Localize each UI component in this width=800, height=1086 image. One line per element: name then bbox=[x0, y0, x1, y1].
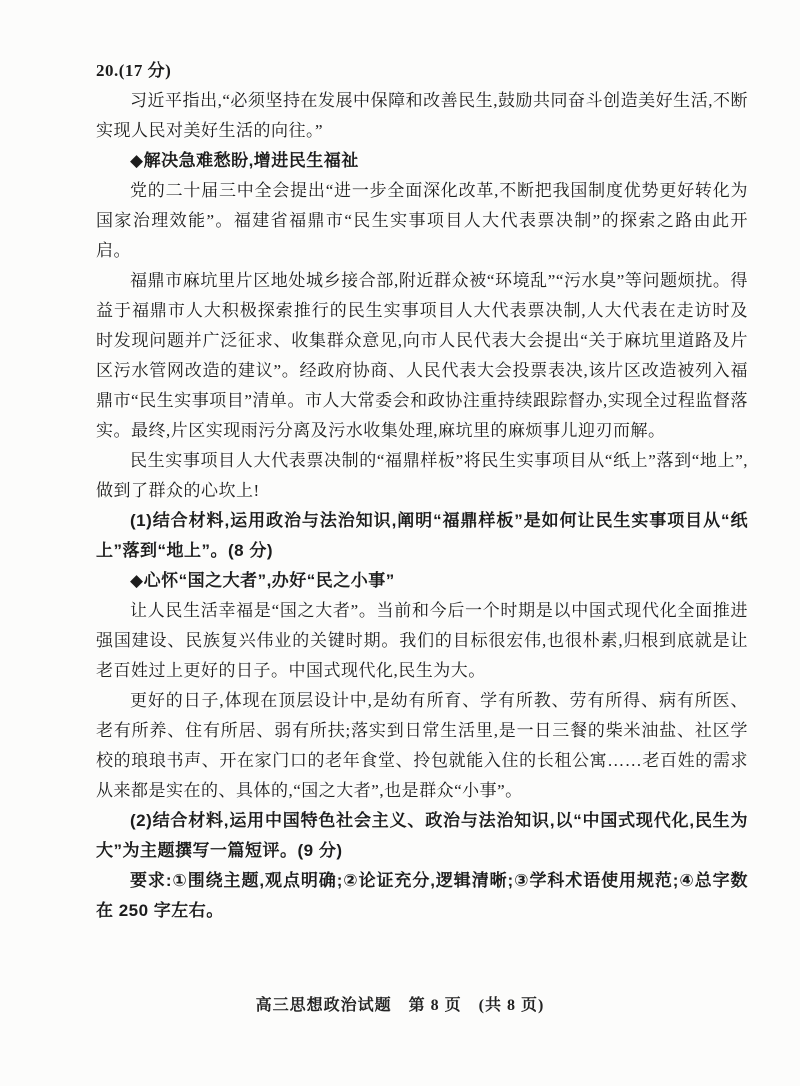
question-number: 20.(17 分) bbox=[96, 56, 748, 86]
question-part-2: (2)结合材料,运用中国特色社会主义、政治与法治知识,以“中国式现代化,民生为大… bbox=[96, 806, 748, 866]
paragraph-fuding-model: 民生实事项目人大代表票决制的“福鼎样板”将民生实事项目从“纸上”落到“地上”,做… bbox=[96, 446, 748, 506]
page-footer: 高三思想政治试题 第 8 页 (共 8 页) bbox=[0, 992, 800, 1015]
question-20-block: 20.(17 分) 习近平指出,“必须坚持在发展中保障和改善民生,鼓励共同奋斗创… bbox=[96, 56, 748, 926]
requirements-line: 要求:①围绕主题,观点明确;②论证充分,逻辑清晰;③学科术语使用规范;④总字数在… bbox=[96, 866, 748, 926]
section-heading-minsheng-fuzhi: ◆解决急难愁盼,增进民生福祉 bbox=[96, 146, 748, 176]
section-heading-guozhidazhe: ◆心怀“国之大者”,办好“民之小事” bbox=[96, 566, 748, 596]
question-part-1: (1)结合材料,运用政治与法治知识,阐明“福鼎样板”是如何让民生实事项目从“纸上… bbox=[96, 506, 748, 566]
paragraph-xi-quote: 习近平指出,“必须坚持在发展中保障和改善民生,鼓励共同奋斗创造美好生活,不断实现… bbox=[96, 86, 748, 146]
paragraph-fuding-case: 福鼎市麻坑里片区地处城乡接合部,附近群众被“环境乱”“污水臭”等问题烦扰。得益于… bbox=[96, 266, 748, 446]
paragraph-happiness-period: 让人民生活幸福是“国之大者”。当前和今后一个时期是以中国式现代化全面推进强国建设… bbox=[96, 596, 748, 686]
paragraph-plenum-background: 党的二十届三中全会提出“进一步全面深化改革,不断把我国制度优势更好转化为国家治理… bbox=[96, 176, 748, 266]
paragraph-better-days: 更好的日子,体现在顶层设计中,是幼有所育、学有所教、劳有所得、病有所医、老有所养… bbox=[96, 686, 748, 806]
exam-page: 20.(17 分) 习近平指出,“必须坚持在发展中保障和改善民生,鼓励共同奋斗创… bbox=[0, 0, 800, 1086]
